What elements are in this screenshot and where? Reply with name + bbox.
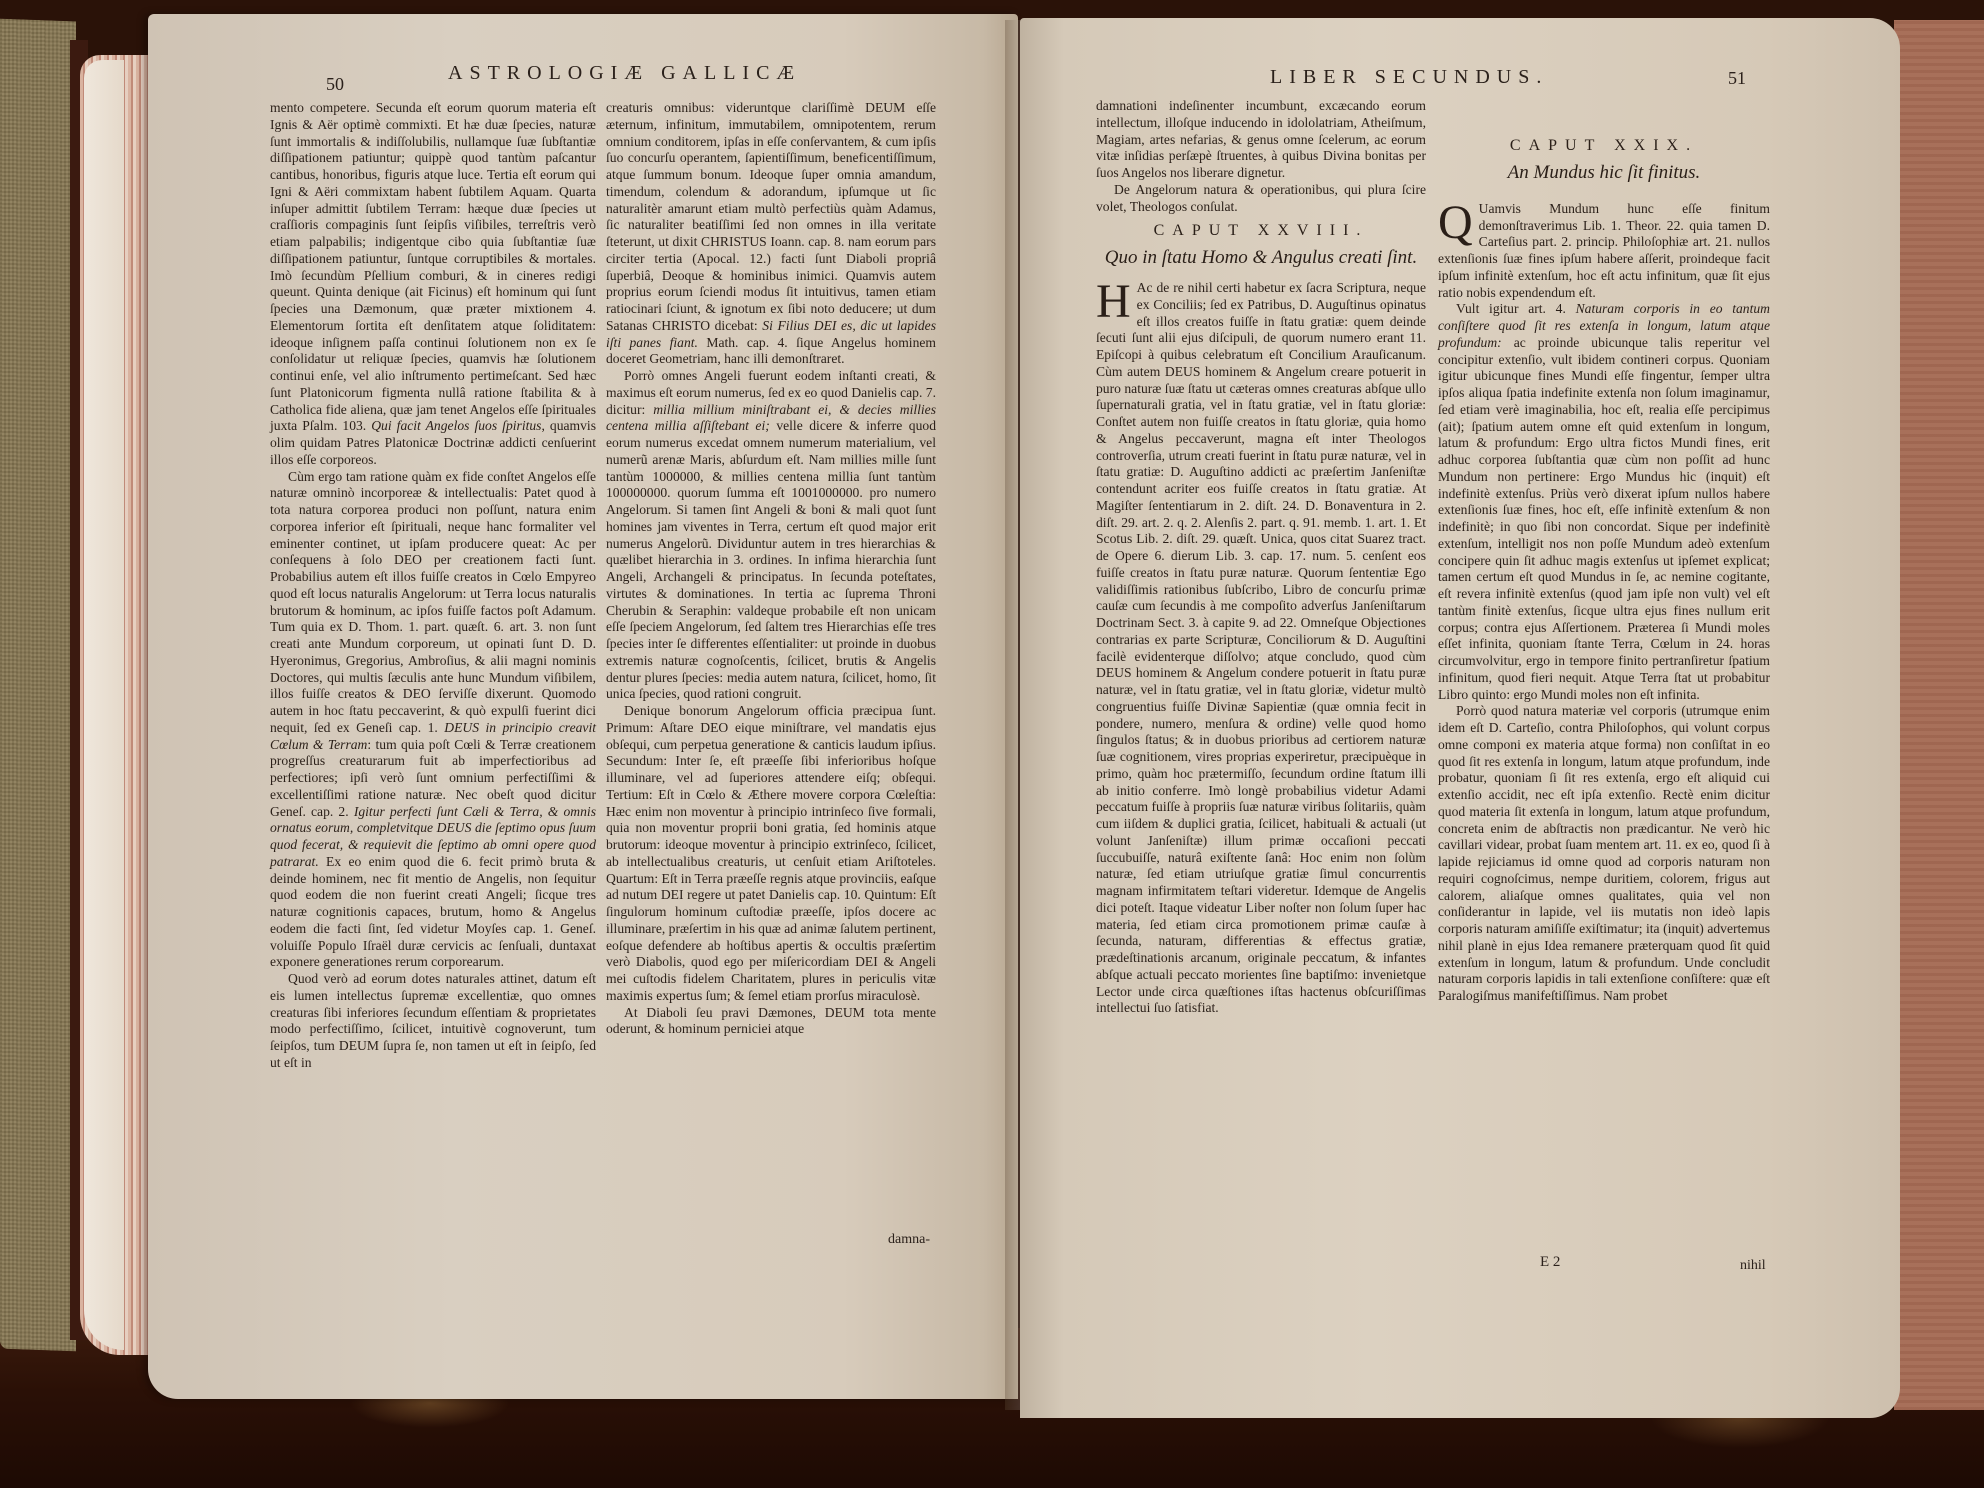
chapter-title: Quo in ſtatu Homo & Angulus creati ſint.: [1096, 246, 1426, 270]
paragraph-text: Ex eo enim quod die 6. fecit primò bruta…: [270, 854, 596, 970]
paragraph-text: Cùm ergo tam ratione quàm ex fide conſte…: [270, 469, 596, 735]
page-block-edge-right: [1894, 20, 1984, 1410]
left-page: 50 ASTROLOGIÆ GALLICÆ mento competere. S…: [148, 14, 1018, 1399]
paragraph-text: Ac de re nihil certi habetur ex ſacra Sc…: [1096, 280, 1426, 1015]
paragraph-text: De Angelorum natura & operationibus, qui…: [1096, 182, 1426, 216]
page-stack-left: [84, 60, 124, 1350]
paragraph-text: At Diaboli ſeu pravi Dæmones, DEUM tota …: [606, 1005, 936, 1037]
running-head: ASTROLOGIÆ GALLICÆ: [448, 62, 801, 85]
page-number: 51: [1728, 68, 1746, 89]
paragraph-text: mento competere. Secunda eſt eorum quoru…: [270, 100, 596, 433]
paragraph-text: damnationi indeſinenter incumbunt, excæc…: [1096, 98, 1426, 182]
paragraph-text: velle dicere & inferre quod eorum numeru…: [606, 418, 936, 701]
signature-mark: E 2: [1540, 1254, 1560, 1271]
italic-quotation: Qui facit Angelos ſuos ſpiritus: [371, 418, 541, 433]
chapter-title: An Mundus hic ſit finitus.: [1438, 161, 1770, 185]
chapter-heading: CAPUT XXVIII.: [1096, 223, 1426, 240]
paragraph-text: Uamvis Mundum hunc eſſe finitum demonſtr…: [1438, 201, 1770, 300]
cloth-book-cover: [0, 19, 76, 1352]
left-page-column-1: mento competere. Secunda eſt eorum quoru…: [270, 100, 596, 1072]
page-number: 50: [326, 74, 344, 95]
right-page-column-1: damnationi indeſinenter incumbunt, excæc…: [1096, 98, 1426, 1017]
left-page-column-2: creaturis omnibus: videruntque clariſſim…: [606, 100, 936, 1038]
paragraph-text: creaturis omnibus: videruntque clariſſim…: [606, 100, 936, 333]
right-page: LIBER SECUNDUS. 51 damnationi indeſinent…: [1020, 18, 1900, 1418]
paragraph-text: Porrò quod natura materiæ vel corporis (…: [1438, 703, 1770, 1005]
right-page-column-2: CAPUT XXIX. An Mundus hic ſit finitus. Q…: [1438, 98, 1770, 1005]
catchword: nihil: [1740, 1258, 1766, 1274]
catchword: damna-: [888, 1232, 930, 1248]
drop-cap: Q: [1438, 203, 1473, 243]
paragraph-text: Vult igitur art. 4.: [1456, 301, 1566, 316]
drop-cap: H: [1096, 282, 1131, 322]
paragraph-text: ac proinde ubicunque talis reperitur vel…: [1438, 335, 1770, 702]
chapter-heading: CAPUT XXIX.: [1438, 138, 1770, 155]
paragraph-text: Quod verò ad eorum dotes naturales attin…: [270, 971, 596, 1070]
paragraph-text: Denique bonorum Angelorum officia præcip…: [606, 703, 936, 1003]
running-head: LIBER SECUNDUS.: [1270, 66, 1548, 89]
